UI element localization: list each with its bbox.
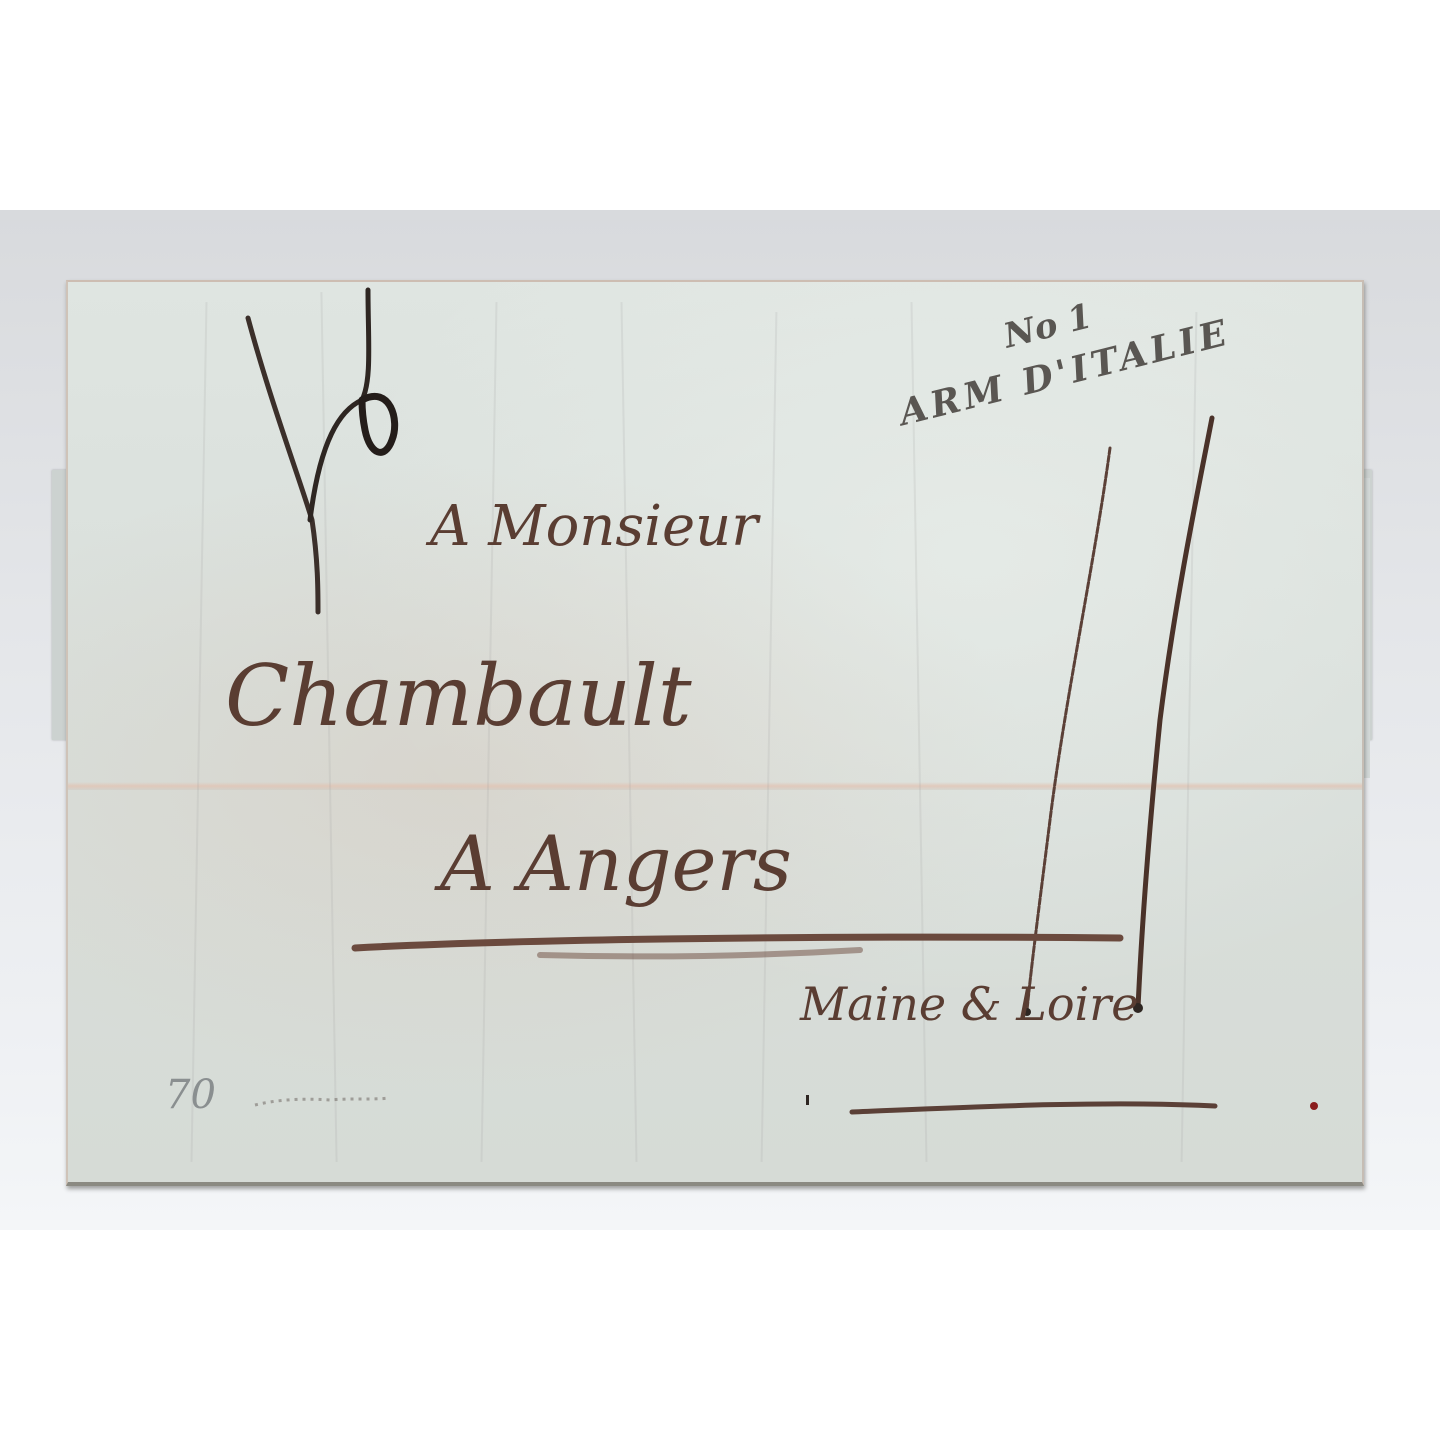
show-through-line xyxy=(1181,312,1198,1162)
show-through-line xyxy=(910,302,927,1162)
show-through-line xyxy=(320,292,337,1162)
show-through-line xyxy=(480,302,497,1162)
show-through-line xyxy=(620,302,637,1162)
letter-cover xyxy=(66,280,1364,1186)
horizontal-fold xyxy=(68,782,1362,790)
show-through-line xyxy=(761,312,778,1162)
show-through-line xyxy=(190,302,207,1162)
